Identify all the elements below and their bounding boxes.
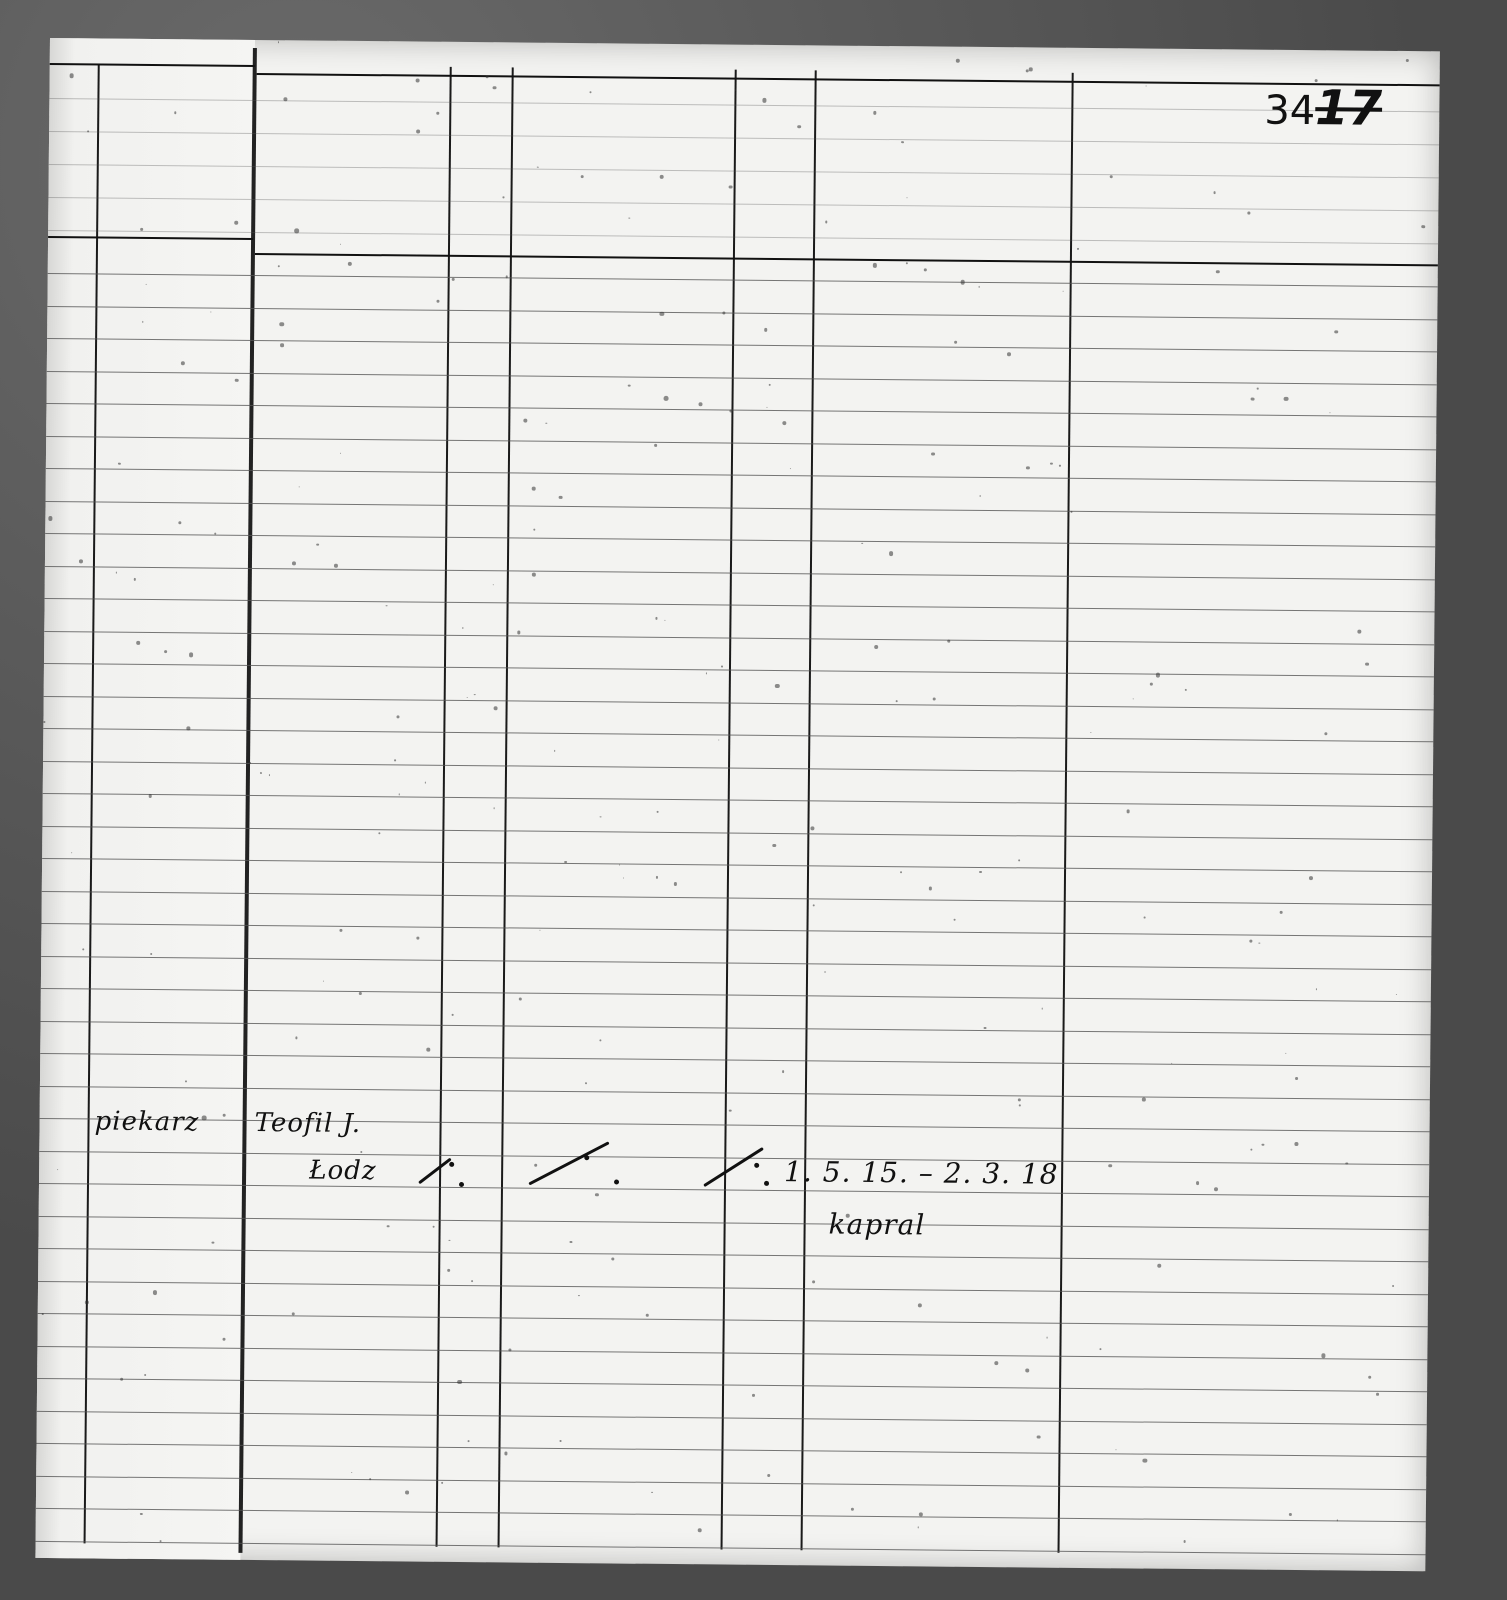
speck (334, 564, 338, 568)
speck (1184, 688, 1186, 690)
speck (559, 496, 562, 499)
ruled-line (39, 1215, 1429, 1229)
speck (1156, 673, 1160, 677)
mark-dot (764, 1181, 769, 1186)
speck (896, 700, 898, 702)
speck (628, 384, 631, 387)
speck (149, 794, 152, 797)
entry-mark-col4 (528, 1141, 609, 1185)
speck (933, 697, 936, 700)
speck (323, 980, 324, 981)
speck (534, 1164, 537, 1167)
ruled-line (38, 1280, 1428, 1294)
ruled-line (48, 273, 1438, 287)
ruled-line (47, 370, 1437, 384)
speck (486, 75, 489, 78)
speck (471, 1280, 473, 1282)
speck (660, 312, 664, 316)
speck (766, 406, 767, 407)
speck (901, 142, 903, 144)
speck (954, 341, 957, 344)
speck (585, 1082, 587, 1084)
ruled-line (44, 630, 1434, 644)
speck (462, 627, 464, 629)
speck (979, 871, 982, 874)
speck (1099, 1349, 1101, 1351)
speck (554, 750, 555, 751)
speck (1315, 988, 1317, 990)
speck (918, 1303, 922, 1307)
speck (1295, 1077, 1298, 1080)
speck (1007, 352, 1011, 356)
speck (340, 244, 341, 245)
ruled-line (40, 1118, 1430, 1132)
speck (295, 1037, 297, 1039)
speck (351, 1472, 352, 1473)
speck (1250, 1148, 1252, 1150)
header-ruled-line (49, 131, 1439, 145)
speck (824, 971, 826, 973)
speck (1329, 412, 1330, 413)
header-top-rule-right (257, 73, 1440, 86)
speck (458, 1380, 462, 1384)
speck (1063, 290, 1064, 291)
speck (532, 573, 536, 577)
speck (768, 1474, 771, 1477)
page-number: 3417 (1264, 80, 1382, 137)
entry-service-dates: 1. 5. 15. – 2. 3. 18 (784, 1155, 1059, 1191)
speck (782, 421, 786, 425)
speck (299, 487, 300, 488)
speck (578, 1295, 579, 1296)
entry-place: Łodz (309, 1156, 377, 1187)
speck (1108, 1164, 1112, 1168)
speck (493, 86, 497, 90)
speck (611, 1258, 614, 1261)
entry-occupation: piekarz (94, 1106, 199, 1137)
speck (280, 322, 284, 326)
speck (1019, 1104, 1021, 1106)
speck (1251, 398, 1254, 401)
ruled-line (36, 1508, 1426, 1522)
speck (646, 1314, 649, 1317)
speck (394, 760, 395, 761)
speck (269, 775, 270, 776)
speck (503, 197, 504, 198)
speck (1070, 511, 1072, 513)
speck (664, 396, 668, 400)
speck (1250, 940, 1253, 943)
speck (1091, 732, 1092, 733)
speck (494, 706, 498, 710)
speck (825, 220, 828, 223)
speck (292, 562, 296, 566)
speck (698, 1528, 702, 1532)
ruled-line (37, 1345, 1427, 1359)
speck (873, 263, 877, 267)
ruled-line (46, 468, 1436, 482)
speck (504, 1452, 508, 1456)
speck (1158, 1264, 1162, 1268)
speck (1396, 994, 1397, 995)
speck (629, 218, 630, 219)
speck (523, 418, 527, 422)
speck (810, 826, 814, 830)
column-rule-5 (801, 70, 817, 1550)
ruled-line (37, 1443, 1427, 1457)
speck (721, 666, 723, 668)
ruled-line (39, 1150, 1429, 1164)
speck (764, 328, 767, 331)
speck (359, 992, 362, 995)
speck (956, 58, 960, 62)
speck (929, 887, 933, 891)
speck (1183, 1540, 1185, 1542)
speck (340, 929, 343, 932)
speck (447, 1269, 450, 1272)
speck (729, 409, 733, 413)
speck (1336, 1520, 1337, 1521)
speck (222, 1114, 225, 1117)
speck (1150, 683, 1153, 686)
speck (1259, 943, 1260, 944)
speck (294, 229, 298, 233)
ruled-line (46, 403, 1436, 417)
speck (600, 1039, 602, 1041)
ruled-line (47, 305, 1437, 319)
speck (846, 1214, 850, 1218)
speck (722, 311, 725, 314)
speck (1345, 1162, 1348, 1165)
ruled-line (45, 598, 1435, 612)
speck (953, 919, 955, 921)
speck (664, 620, 665, 621)
speck (1334, 330, 1337, 333)
speck (493, 584, 494, 585)
speck (651, 1492, 652, 1493)
speck (508, 1349, 511, 1352)
speck (153, 1290, 157, 1294)
speck (181, 361, 185, 365)
speck (278, 265, 280, 267)
speck (532, 486, 536, 490)
speck (994, 1361, 998, 1365)
speck (540, 930, 541, 931)
page-number-struck: 17 (1315, 80, 1382, 137)
speck (762, 98, 766, 102)
speck (398, 794, 399, 795)
speck (79, 560, 83, 564)
speck (291, 1313, 294, 1316)
speck (698, 402, 702, 406)
ruled-line (43, 793, 1433, 807)
ruled-line (40, 1053, 1430, 1067)
ruled-line (41, 1020, 1431, 1034)
column-rule-4 (721, 70, 737, 1550)
left-page-leaf (35, 38, 255, 1560)
speck (1406, 59, 1410, 63)
ruled-line (37, 1378, 1427, 1392)
ruled-line (37, 1410, 1427, 1424)
speck (416, 129, 420, 133)
speck (1029, 68, 1032, 71)
speck (1392, 1285, 1394, 1287)
speck (752, 1394, 755, 1397)
speck (660, 174, 664, 178)
speck (1126, 809, 1130, 813)
ruled-line (39, 1183, 1429, 1197)
mark-dot (614, 1179, 619, 1184)
speck (874, 645, 878, 649)
speck (782, 1070, 785, 1073)
header-ruled-line (49, 98, 1439, 112)
speck (396, 716, 399, 719)
ruled-line (38, 1248, 1428, 1262)
mark-dot (754, 1163, 759, 1168)
speck (1284, 397, 1288, 401)
ruled-line (41, 955, 1431, 969)
speck (1247, 212, 1250, 215)
speck (862, 542, 863, 543)
speck (474, 694, 475, 695)
speck (448, 1240, 450, 1242)
speck (202, 1116, 206, 1120)
speck (1109, 175, 1112, 178)
speck (1365, 662, 1369, 666)
column-rule-3 (498, 67, 514, 1547)
ruled-line (38, 1313, 1428, 1327)
speck (452, 1014, 453, 1015)
speck (907, 197, 908, 198)
speck (468, 1440, 470, 1442)
speck (812, 1280, 815, 1283)
header-ruled-line (48, 230, 1438, 244)
speck (437, 112, 440, 115)
speck (42, 1313, 44, 1315)
speck (924, 268, 927, 271)
speck (718, 739, 719, 740)
page-number-value: 34 (1264, 88, 1315, 134)
speck (1115, 1449, 1116, 1450)
speck (656, 876, 659, 879)
speck (918, 1512, 922, 1516)
speck (735, 89, 736, 90)
speck (1213, 192, 1215, 194)
speck (537, 166, 538, 167)
speck (186, 726, 190, 730)
ruled-line (43, 760, 1433, 774)
speck (1257, 388, 1258, 389)
speck (1026, 466, 1030, 470)
ruled-line (42, 825, 1432, 839)
speck (595, 1193, 598, 1196)
ruled-line (44, 695, 1434, 709)
speck (918, 1527, 919, 1528)
header-ruled-line (48, 197, 1438, 211)
speck (798, 125, 801, 128)
ruled-line (42, 890, 1432, 904)
speck (900, 871, 902, 873)
header-bottom-rule-right (255, 253, 1438, 266)
speck (340, 453, 341, 454)
speck (948, 640, 951, 643)
speck (348, 262, 352, 266)
speck (1047, 1337, 1048, 1338)
speck (1025, 69, 1028, 72)
ruled-line (43, 728, 1433, 742)
speck (1037, 1435, 1040, 1438)
speck (1133, 698, 1134, 699)
speck (560, 1440, 561, 1441)
ruled-line (46, 500, 1436, 514)
speck (427, 1048, 431, 1052)
ruled-line (45, 533, 1435, 547)
speck (769, 384, 771, 386)
speck (1142, 1098, 1146, 1102)
speck (656, 811, 658, 813)
speck (1309, 876, 1313, 880)
column-rule-2 (436, 67, 452, 1547)
speck (317, 543, 319, 545)
speck (1050, 462, 1053, 465)
speck (142, 321, 143, 322)
speck (812, 905, 814, 907)
speck (590, 92, 592, 94)
ruled-line (45, 565, 1435, 579)
speck (773, 844, 777, 848)
speck (1059, 465, 1060, 466)
speck (69, 74, 74, 79)
speck (851, 1507, 855, 1511)
speck (623, 877, 625, 879)
speck (140, 228, 143, 231)
speck (452, 278, 455, 281)
ruled-line (40, 1085, 1430, 1099)
speck (283, 97, 287, 101)
speck (1280, 911, 1282, 913)
speck (1289, 1513, 1292, 1516)
speck (1077, 248, 1079, 250)
mark-dot (584, 1155, 589, 1160)
speck (931, 452, 935, 456)
speck (789, 468, 790, 469)
speck (441, 1481, 444, 1484)
speck (978, 286, 980, 288)
speck (417, 937, 419, 939)
speck (674, 882, 678, 886)
speck (729, 1109, 731, 1111)
speck (1421, 225, 1425, 229)
speck (873, 111, 876, 114)
speck (599, 816, 601, 818)
speck (249, 762, 251, 764)
ruled-line (36, 1475, 1426, 1489)
speck (436, 300, 439, 303)
speck (570, 1241, 572, 1243)
speck (466, 697, 467, 698)
speck (378, 832, 380, 834)
speck (655, 444, 658, 447)
speck (118, 462, 121, 465)
speck (433, 1225, 435, 1227)
ruled-line (47, 338, 1437, 352)
speck (1017, 1098, 1020, 1101)
ruled-line (41, 988, 1431, 1002)
speck (889, 552, 893, 556)
ruled-line (36, 1540, 1426, 1554)
speck (48, 516, 52, 520)
speck (1376, 1393, 1379, 1396)
speck (1146, 86, 1147, 87)
speck (517, 631, 521, 635)
column-rule-6 (1058, 73, 1074, 1553)
ledger-page: 3417 piekarz Teofil J. Łodz 1. 5. 15. – … (35, 38, 1440, 1571)
speck (1321, 1354, 1325, 1358)
speck (906, 262, 908, 264)
speck (1025, 1369, 1029, 1373)
ruled-line (46, 435, 1436, 449)
speck (545, 422, 547, 424)
speck (1214, 1187, 1219, 1192)
speck (1368, 1375, 1371, 1378)
speck (1144, 916, 1146, 918)
entry-rank: kapral (828, 1208, 925, 1242)
speck (369, 1478, 371, 1480)
speck (729, 186, 732, 189)
speck (1295, 1142, 1299, 1146)
speck (1041, 1007, 1043, 1009)
speck (706, 673, 707, 674)
speck (775, 684, 779, 688)
speck (405, 1490, 409, 1494)
speck (360, 1151, 362, 1153)
speck (278, 42, 279, 43)
speck (979, 495, 981, 497)
speck (281, 343, 284, 346)
speck (519, 998, 522, 1001)
speck (189, 653, 193, 657)
entry-mark-col3 (418, 1158, 452, 1185)
speck (1262, 1143, 1265, 1146)
speck (137, 641, 141, 645)
speck (43, 721, 45, 723)
speck (960, 280, 964, 284)
speck (1357, 630, 1361, 634)
speck (82, 948, 84, 950)
speck (1143, 1458, 1147, 1462)
speck (655, 617, 658, 620)
speck (234, 221, 238, 225)
speck (1018, 860, 1020, 862)
speck (581, 175, 584, 178)
entry-name: Teofil J. (254, 1108, 361, 1139)
speck (425, 782, 427, 784)
speck (1216, 270, 1220, 274)
ruled-line (41, 923, 1431, 937)
speck (1196, 1181, 1200, 1185)
header-ruled-line (49, 164, 1439, 178)
mark-dot (449, 1162, 454, 1167)
speck (534, 529, 536, 531)
speck (387, 1225, 390, 1228)
speck (493, 807, 494, 808)
speck (416, 78, 420, 82)
ruled-line (44, 663, 1434, 677)
speck (1285, 1053, 1286, 1054)
ruled-line (42, 858, 1432, 872)
speck (260, 772, 263, 775)
mark-dot (459, 1182, 464, 1187)
